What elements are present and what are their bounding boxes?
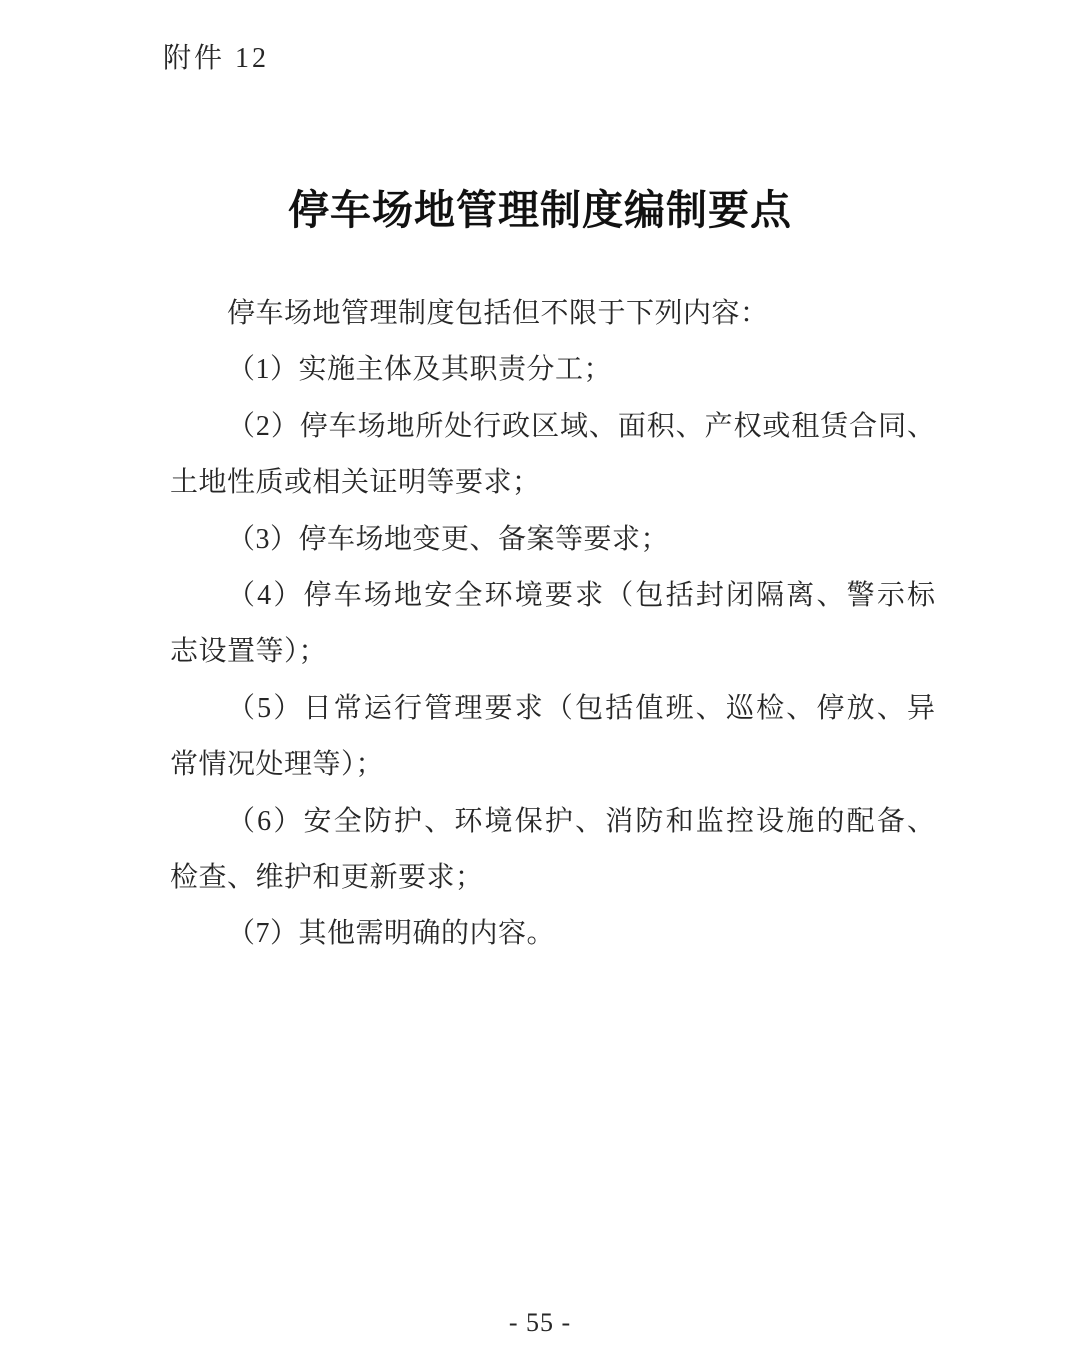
document-body: 停车场地管理制度包括但不限于下列内容： （1）实施主体及其职责分工； （2）停车… — [170, 286, 935, 963]
body-line: 检查、维护和更新要求； — [170, 850, 935, 906]
body-line: （6）安全防护、环境保护、消防和监控设施的配备、 — [170, 794, 935, 850]
body-line: 停车场地管理制度包括但不限于下列内容： — [170, 286, 935, 342]
body-line: 志设置等）； — [170, 624, 935, 680]
body-line: （7）其他需明确的内容。 — [170, 906, 935, 962]
body-line: （2）停车场地所处行政区域、面积、产权或租赁合同、 — [170, 399, 935, 455]
body-line: （4）停车场地安全环境要求（包括封闭隔离、警示标 — [170, 568, 935, 624]
body-line: 土地性质或相关证明等要求； — [170, 455, 935, 511]
body-line: （3）停车场地变更、备案等要求； — [170, 512, 935, 568]
document-page: 附件 12 停车场地管理制度编制要点 停车场地管理制度包括但不限于下列内容： （… — [0, 0, 1080, 1363]
body-line: （1）实施主体及其职责分工； — [170, 342, 935, 398]
body-line: （5）日常运行管理要求（包括值班、巡检、停放、异 — [170, 681, 935, 737]
attachment-label: 附件 12 — [163, 36, 269, 76]
page-number: - 55 - — [0, 1308, 1080, 1338]
body-line: 常情况处理等）； — [170, 737, 935, 793]
document-title: 停车场地管理制度编制要点 — [0, 177, 1080, 236]
